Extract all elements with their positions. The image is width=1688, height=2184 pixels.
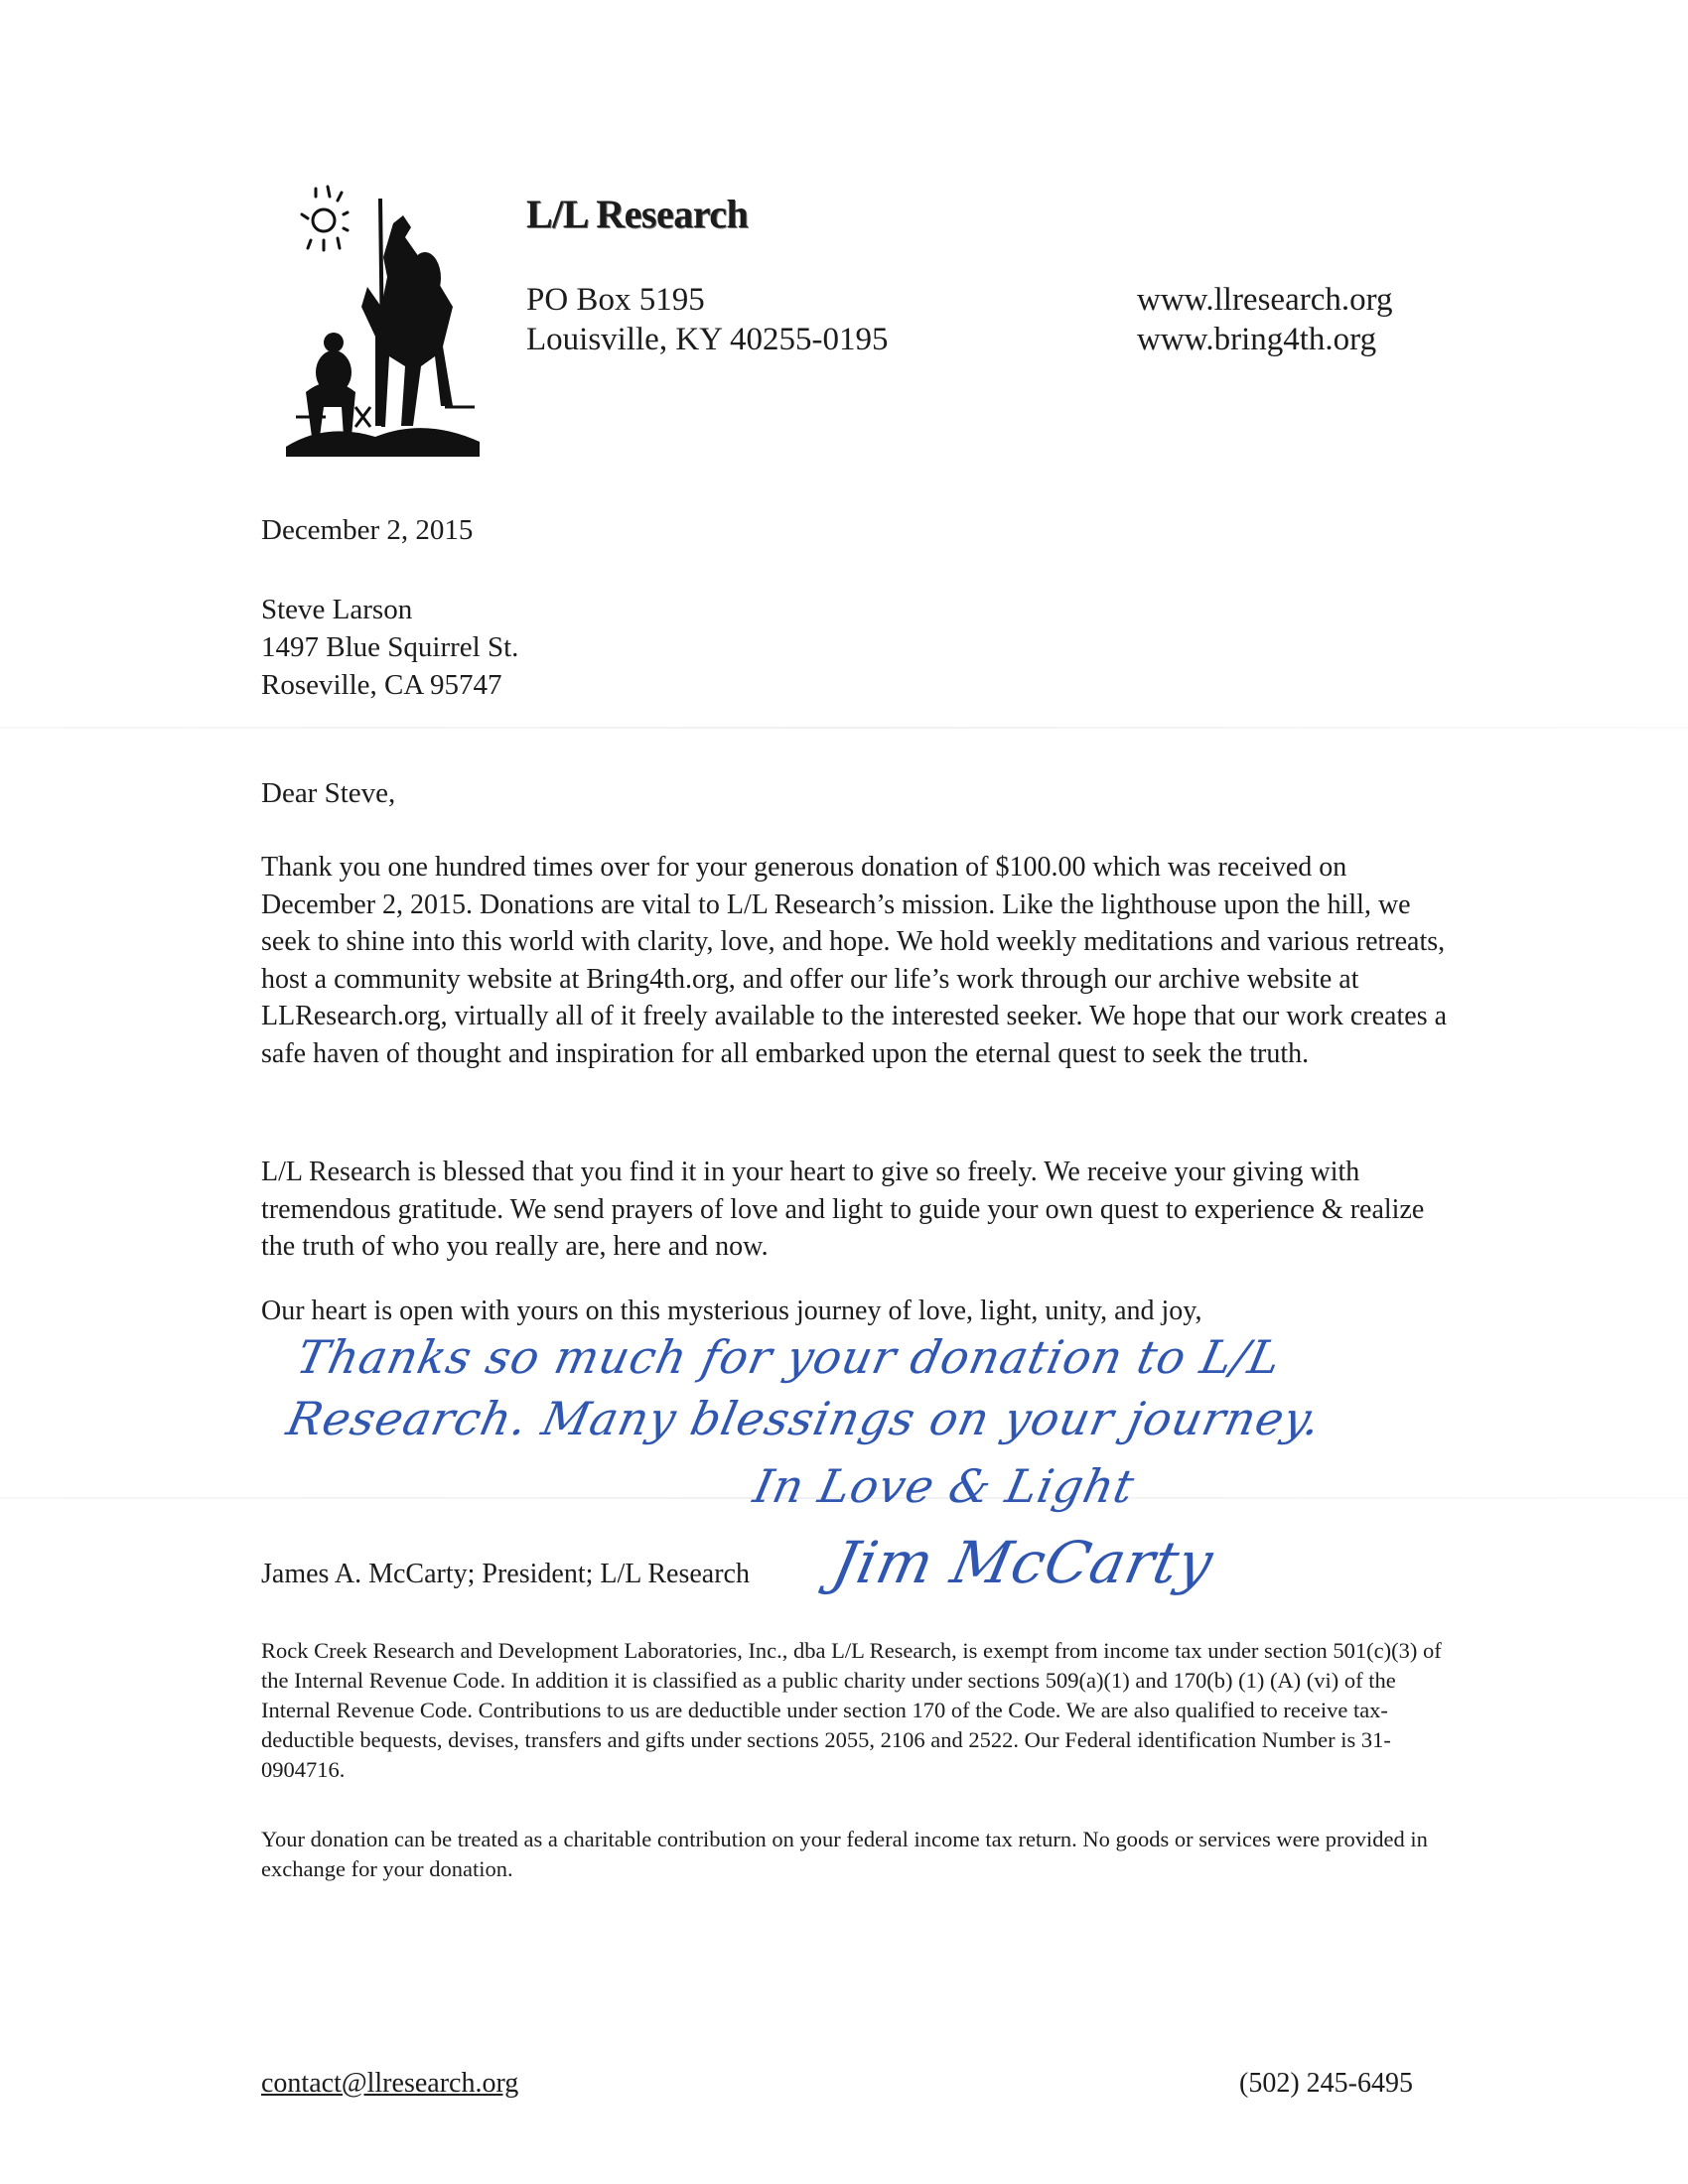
deduction-notice: Your donation can be treated as a charit… [261, 1825, 1453, 1884]
contact-phone: (502) 245-6495 [1239, 2068, 1413, 2100]
body-paragraph: Thank you one hundred times over for you… [261, 849, 1453, 1073]
salutation: Dear Steve, [261, 777, 395, 810]
handwritten-line: Thanks so much for your donation to L/L [292, 1330, 1286, 1384]
paper-fold-line [0, 727, 1688, 729]
handwritten-signature: Jim McCarty [827, 1529, 1219, 1596]
org-address-line: Louisville, KY 40255-0195 [526, 320, 889, 359]
body-paragraph: L/L Research is blessed that you find it… [261, 1154, 1453, 1266]
contact-email-link[interactable]: contact@llresearch.org [261, 2068, 518, 2100]
handwritten-line: Research. Many blessings on your journey… [282, 1392, 1326, 1445]
website-link[interactable]: www.llresearch.org [1137, 280, 1393, 320]
recipient-name: Steve Larson [261, 591, 518, 628]
don-quixote-sketch-icon [276, 179, 485, 462]
recipient-address: Steve Larson 1497 Blue Squirrel St. Rose… [261, 591, 518, 704]
handwritten-note: Thanks so much for your donation to L/L … [278, 1330, 1489, 1678]
recipient-city: Roseville, CA 95747 [261, 666, 518, 704]
org-websites: www.llresearch.org www.bring4th.org [1137, 280, 1393, 359]
org-name: L/L Research [526, 191, 748, 237]
org-address: PO Box 5195 Louisville, KY 40255-0195 [526, 280, 889, 359]
signer-line: James A. McCarty; President; L/L Researc… [261, 1559, 750, 1590]
handwritten-line: In Love & Light [749, 1459, 1139, 1513]
recipient-street: 1497 Blue Squirrel St. [261, 628, 518, 666]
website-link[interactable]: www.bring4th.org [1137, 320, 1393, 359]
letter-date: December 2, 2015 [261, 514, 473, 547]
org-address-line: PO Box 5195 [526, 280, 889, 320]
tax-exempt-notice: Rock Creek Research and Development Labo… [261, 1636, 1453, 1785]
closing-line: Our heart is open with yours on this mys… [261, 1296, 1201, 1327]
